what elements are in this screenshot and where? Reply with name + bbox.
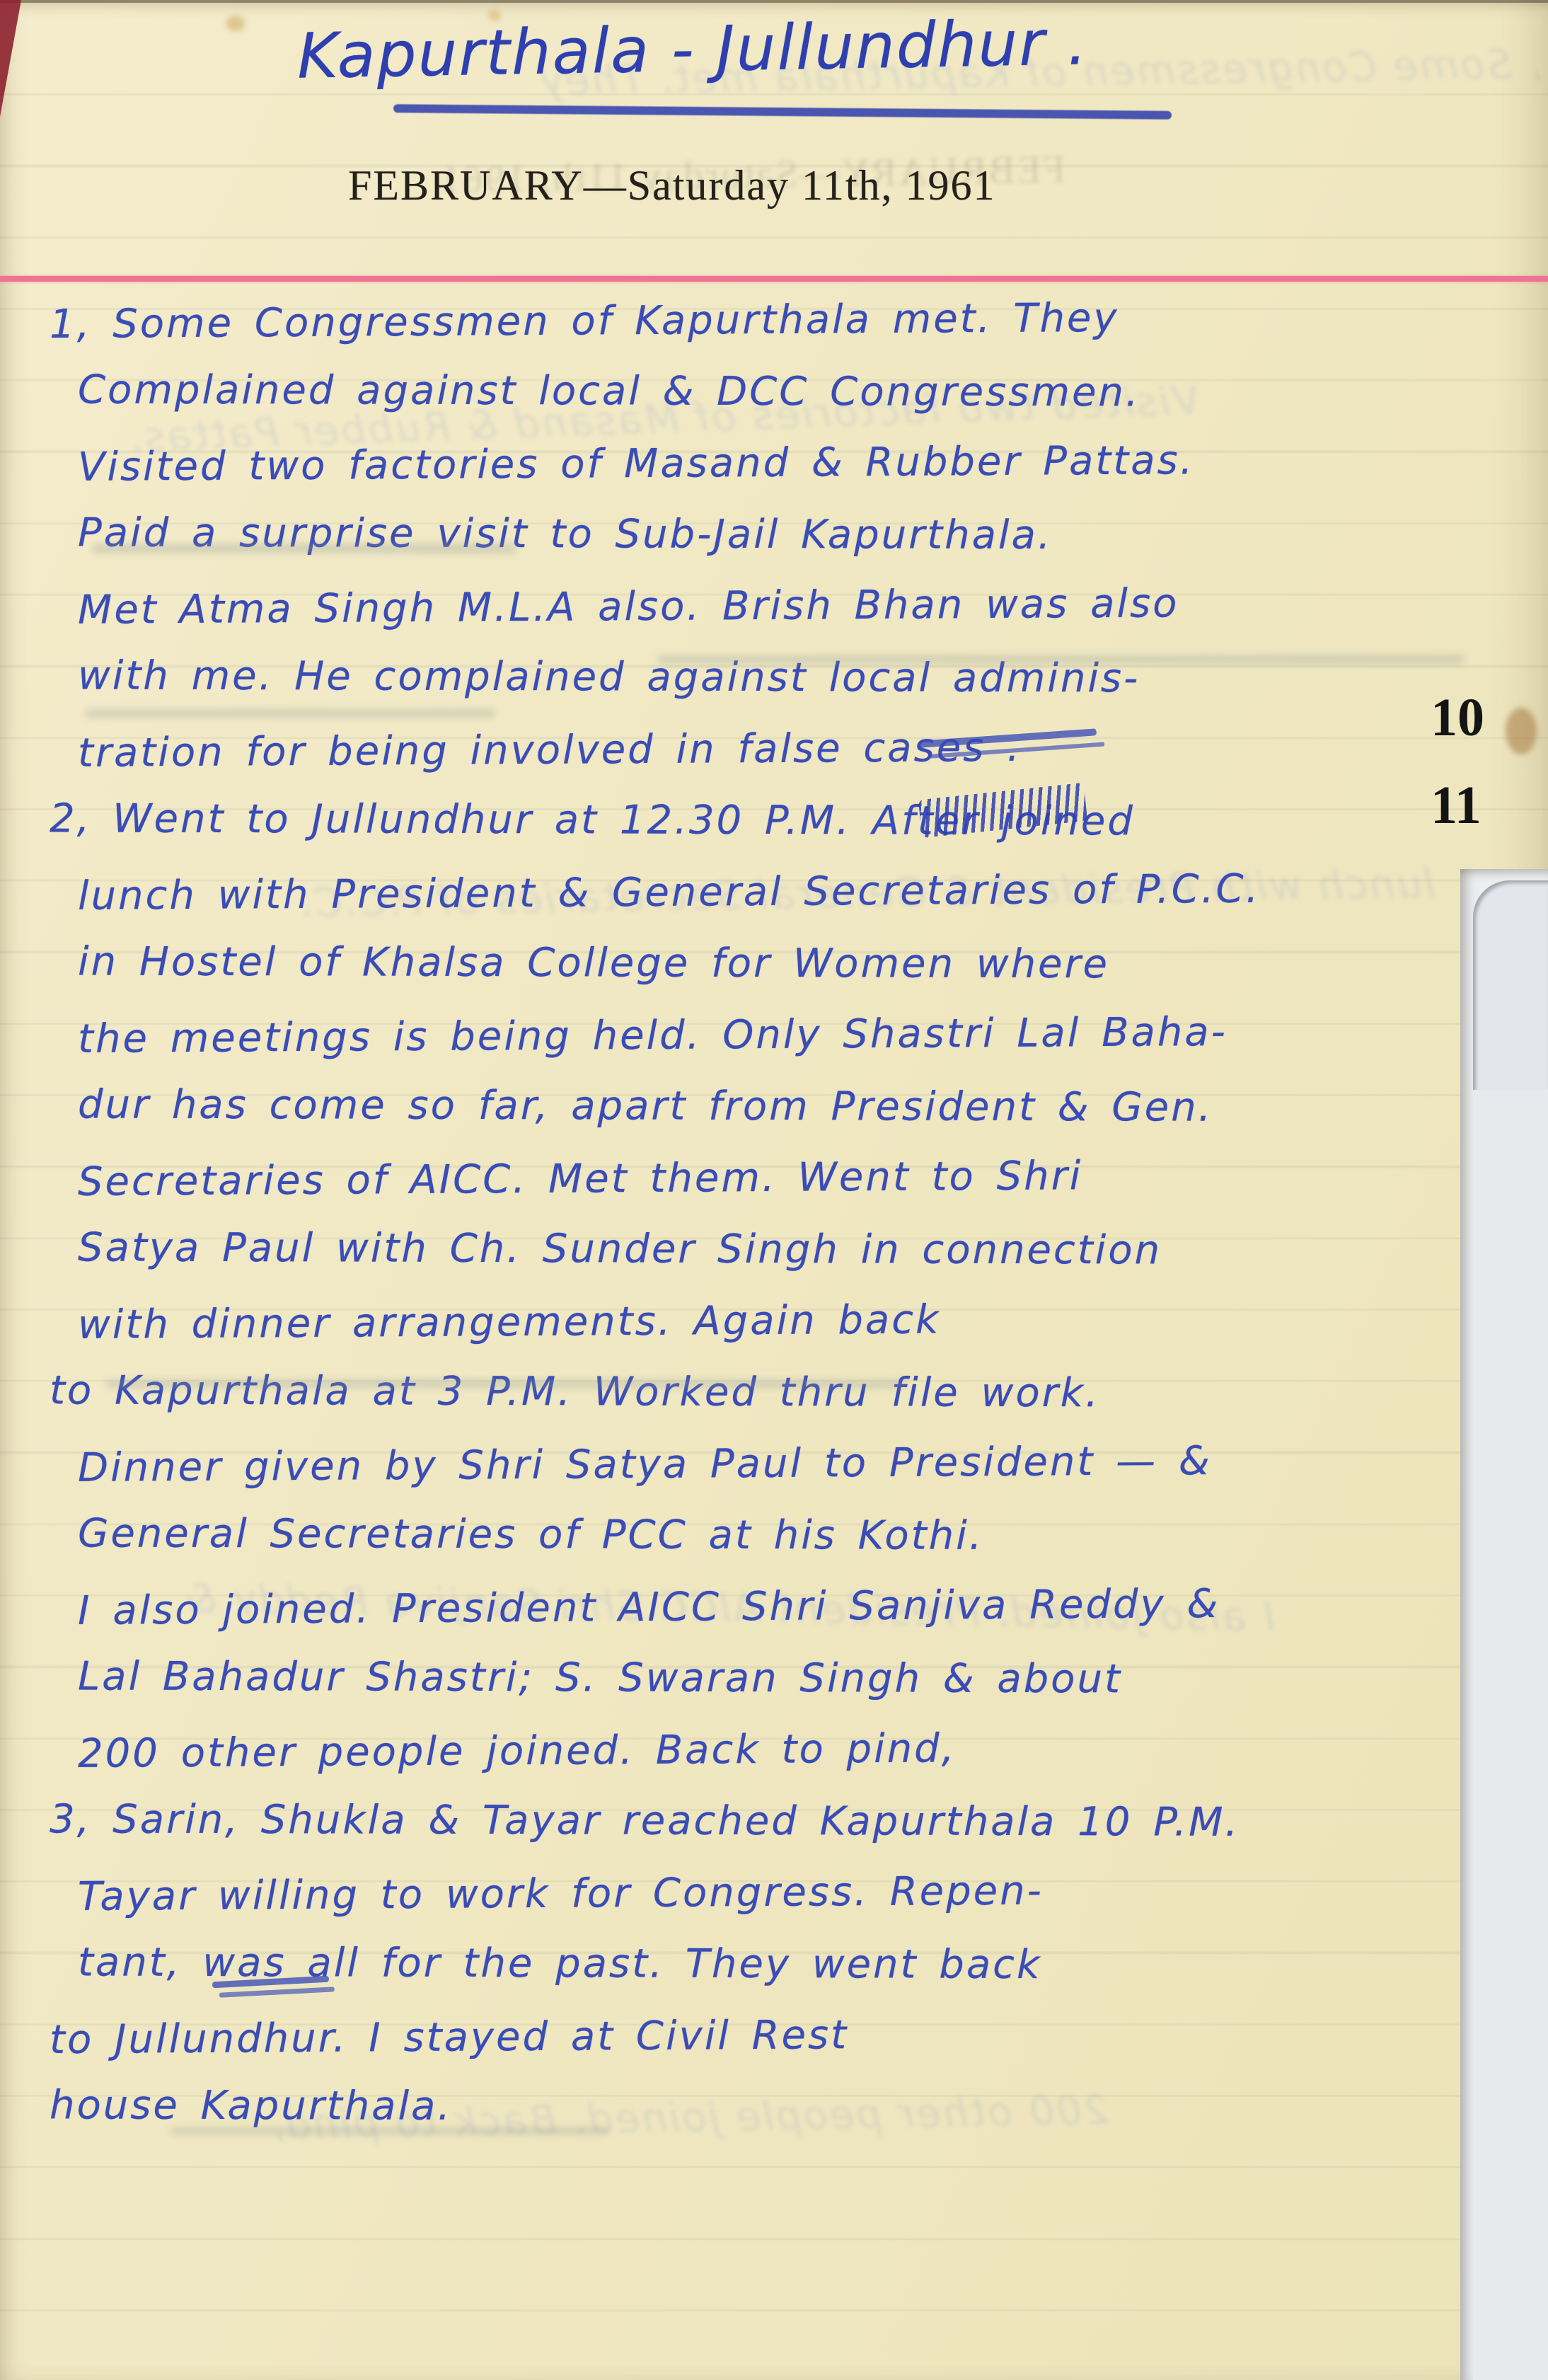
- handwritten-line: the meetings is being held. Only Shastri…: [50, 995, 1469, 1075]
- handwritten-line: Met Atma Singh M.L.A also. Brish Bhan wa…: [50, 566, 1469, 646]
- handwritten-line: 2, Went to Jullundhur at 12.30 P.M. Afte…: [50, 783, 1468, 858]
- handwritten-line: 3, Sarin, Shukla & Tayar reached Kapurth…: [50, 1783, 1468, 1858]
- underlay-rounded-corner: [1473, 880, 1548, 1093]
- book-spine-corner: [0, 0, 21, 117]
- book-top-edge: [0, 0, 1548, 3]
- handwritten-line: Visited two factories of Masand & Rubber…: [50, 423, 1469, 503]
- handwritten-line: Paid a surprise visit to Sub-Jail Kapurt…: [50, 497, 1468, 572]
- handwritten-line: dur has come so far, apart from Presiden…: [50, 1069, 1468, 1144]
- diary-entry-body: 1, Some Congressmen of Kapurthala met. T…: [50, 284, 1468, 2143]
- paper-stain: [226, 16, 245, 31]
- handwritten-line: Secretaries of AICC. Met them. Went to S…: [50, 1138, 1469, 1218]
- pencil-smudge: [170, 2127, 608, 2134]
- handwritten-line: in Hostel of Khalsa College for Women wh…: [50, 926, 1468, 1001]
- handwritten-line: Lal Bahadur Shastri; S. Swaran Singh & a…: [50, 1640, 1468, 1715]
- handwritten-line: General Secretaries of PCC at his Kothi.: [50, 1497, 1468, 1573]
- page-number-10: 10: [1431, 674, 1484, 761]
- handwritten-line: with dinner arrangements. Again back: [50, 1281, 1469, 1361]
- handwritten-line: tant, was all for the past. They went ba…: [50, 1926, 1468, 2001]
- diary-scan: FEBRUARY—Saturday 11th, 1961 1, Some Con…: [0, 0, 1548, 2380]
- page-number-11: 11: [1431, 761, 1484, 849]
- printed-date-header: FEBRUARY—Saturday 11th, 1961: [348, 161, 995, 210]
- handwritten-line: lunch with President & General Secretari…: [50, 852, 1469, 932]
- handwritten-line: Complained against local & DCC Congressm…: [50, 354, 1468, 429]
- pencil-smudge: [92, 544, 516, 553]
- pencil-smudge: [658, 655, 1465, 664]
- handwritten-line: Dinner given by Shri Satya Paul to Presi…: [50, 1424, 1469, 1504]
- paper-stain: [488, 10, 501, 21]
- handwritten-line: 1, Some Congressmen of Kapurthala met. T…: [50, 280, 1469, 360]
- handwritten-line: 200 other people joined. Back to pind,: [50, 1710, 1469, 1790]
- paper-stain: [1506, 708, 1537, 754]
- pencil-smudge: [85, 709, 495, 718]
- handwritten-line: to Kapurthala at 3 P.M. Worked thru file…: [50, 1355, 1468, 1430]
- handwritten-line: I also joined. President AICC Shri Sanji…: [50, 1567, 1469, 1647]
- handwritten-line: tration for being involved in false case…: [50, 709, 1469, 789]
- underlay-lower-strip: [1473, 1090, 1548, 2380]
- handwritten-line: to Jullundhur. I stayed at Civil Rest: [50, 1996, 1469, 2076]
- pencil-smudge: [106, 1380, 906, 1388]
- handwritten-title: Kapurthala - Jullundhur .: [296, 6, 1089, 93]
- handwritten-line: Satya Paul with Ch. Sunder Singh in conn…: [50, 1212, 1468, 1287]
- handwritten-line: Tayar willing to work for Congress. Repe…: [50, 1853, 1469, 1933]
- handwritten-line: with me. He complained against local adm…: [50, 640, 1468, 715]
- page-number-block: 10 11: [1431, 674, 1484, 849]
